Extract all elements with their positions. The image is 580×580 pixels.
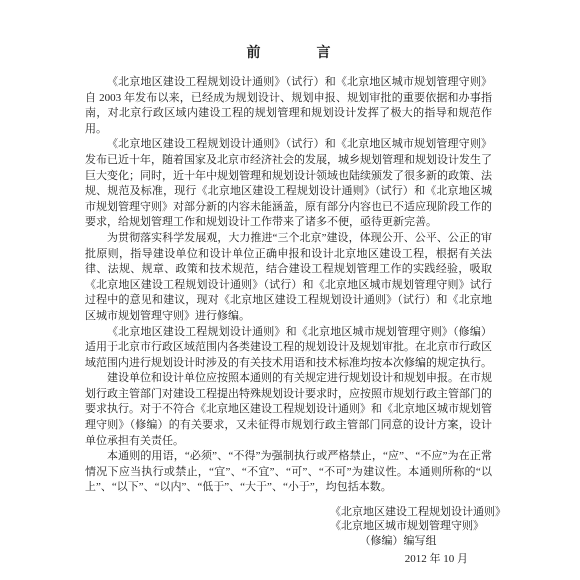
document-page: 前 言 《北京地区建设工程规划设计通则》（试行）和《北京地区城市规划管理守则》自… bbox=[0, 0, 580, 580]
signature-date: 2012 年 10 月 bbox=[330, 552, 492, 566]
signature-block: 《北京地区建设工程规划设计通则》 《北京地区城市规划管理守则》 （修编）编写组 … bbox=[330, 505, 492, 566]
document-content: 前 言 《北京地区建设工程规划设计通则》（试行）和《北京地区城市规划管理守则》自… bbox=[85, 42, 492, 566]
paragraph: 《北京地区建设工程规划设计通则》和《北京地区城市规划管理守则》（修编）适用于北京… bbox=[85, 325, 492, 372]
signature-title-1: 《北京地区建设工程规划设计通则》 bbox=[330, 505, 492, 519]
paragraph: 《北京地区建设工程规划设计通则》（试行）和《北京地区城市规划管理守则》发布已近十… bbox=[85, 137, 492, 231]
paragraph: 建设单位和设计单位应按照本通则的有关规定进行规划设计和规划申报。在市规划行政主管… bbox=[85, 371, 492, 449]
signature-editing-group: （修编）编写组 bbox=[330, 534, 492, 548]
paragraph: 本通则的用语，“必须”、“不得”为强制执行或严格禁止，“应”、“不应”为在正常情… bbox=[85, 449, 492, 496]
page-title: 前 言 bbox=[85, 42, 492, 62]
signature-title-2: 《北京地区城市规划管理守则》 bbox=[330, 519, 492, 533]
paragraph: 《北京地区建设工程规划设计通则》（试行）和《北京地区城市规划管理守则》自 200… bbox=[85, 75, 492, 137]
paragraph: 为贯彻落实科学发展观，大力推进“三个北京”建设，体现公开、公平、公正的审批原则，… bbox=[85, 231, 492, 325]
